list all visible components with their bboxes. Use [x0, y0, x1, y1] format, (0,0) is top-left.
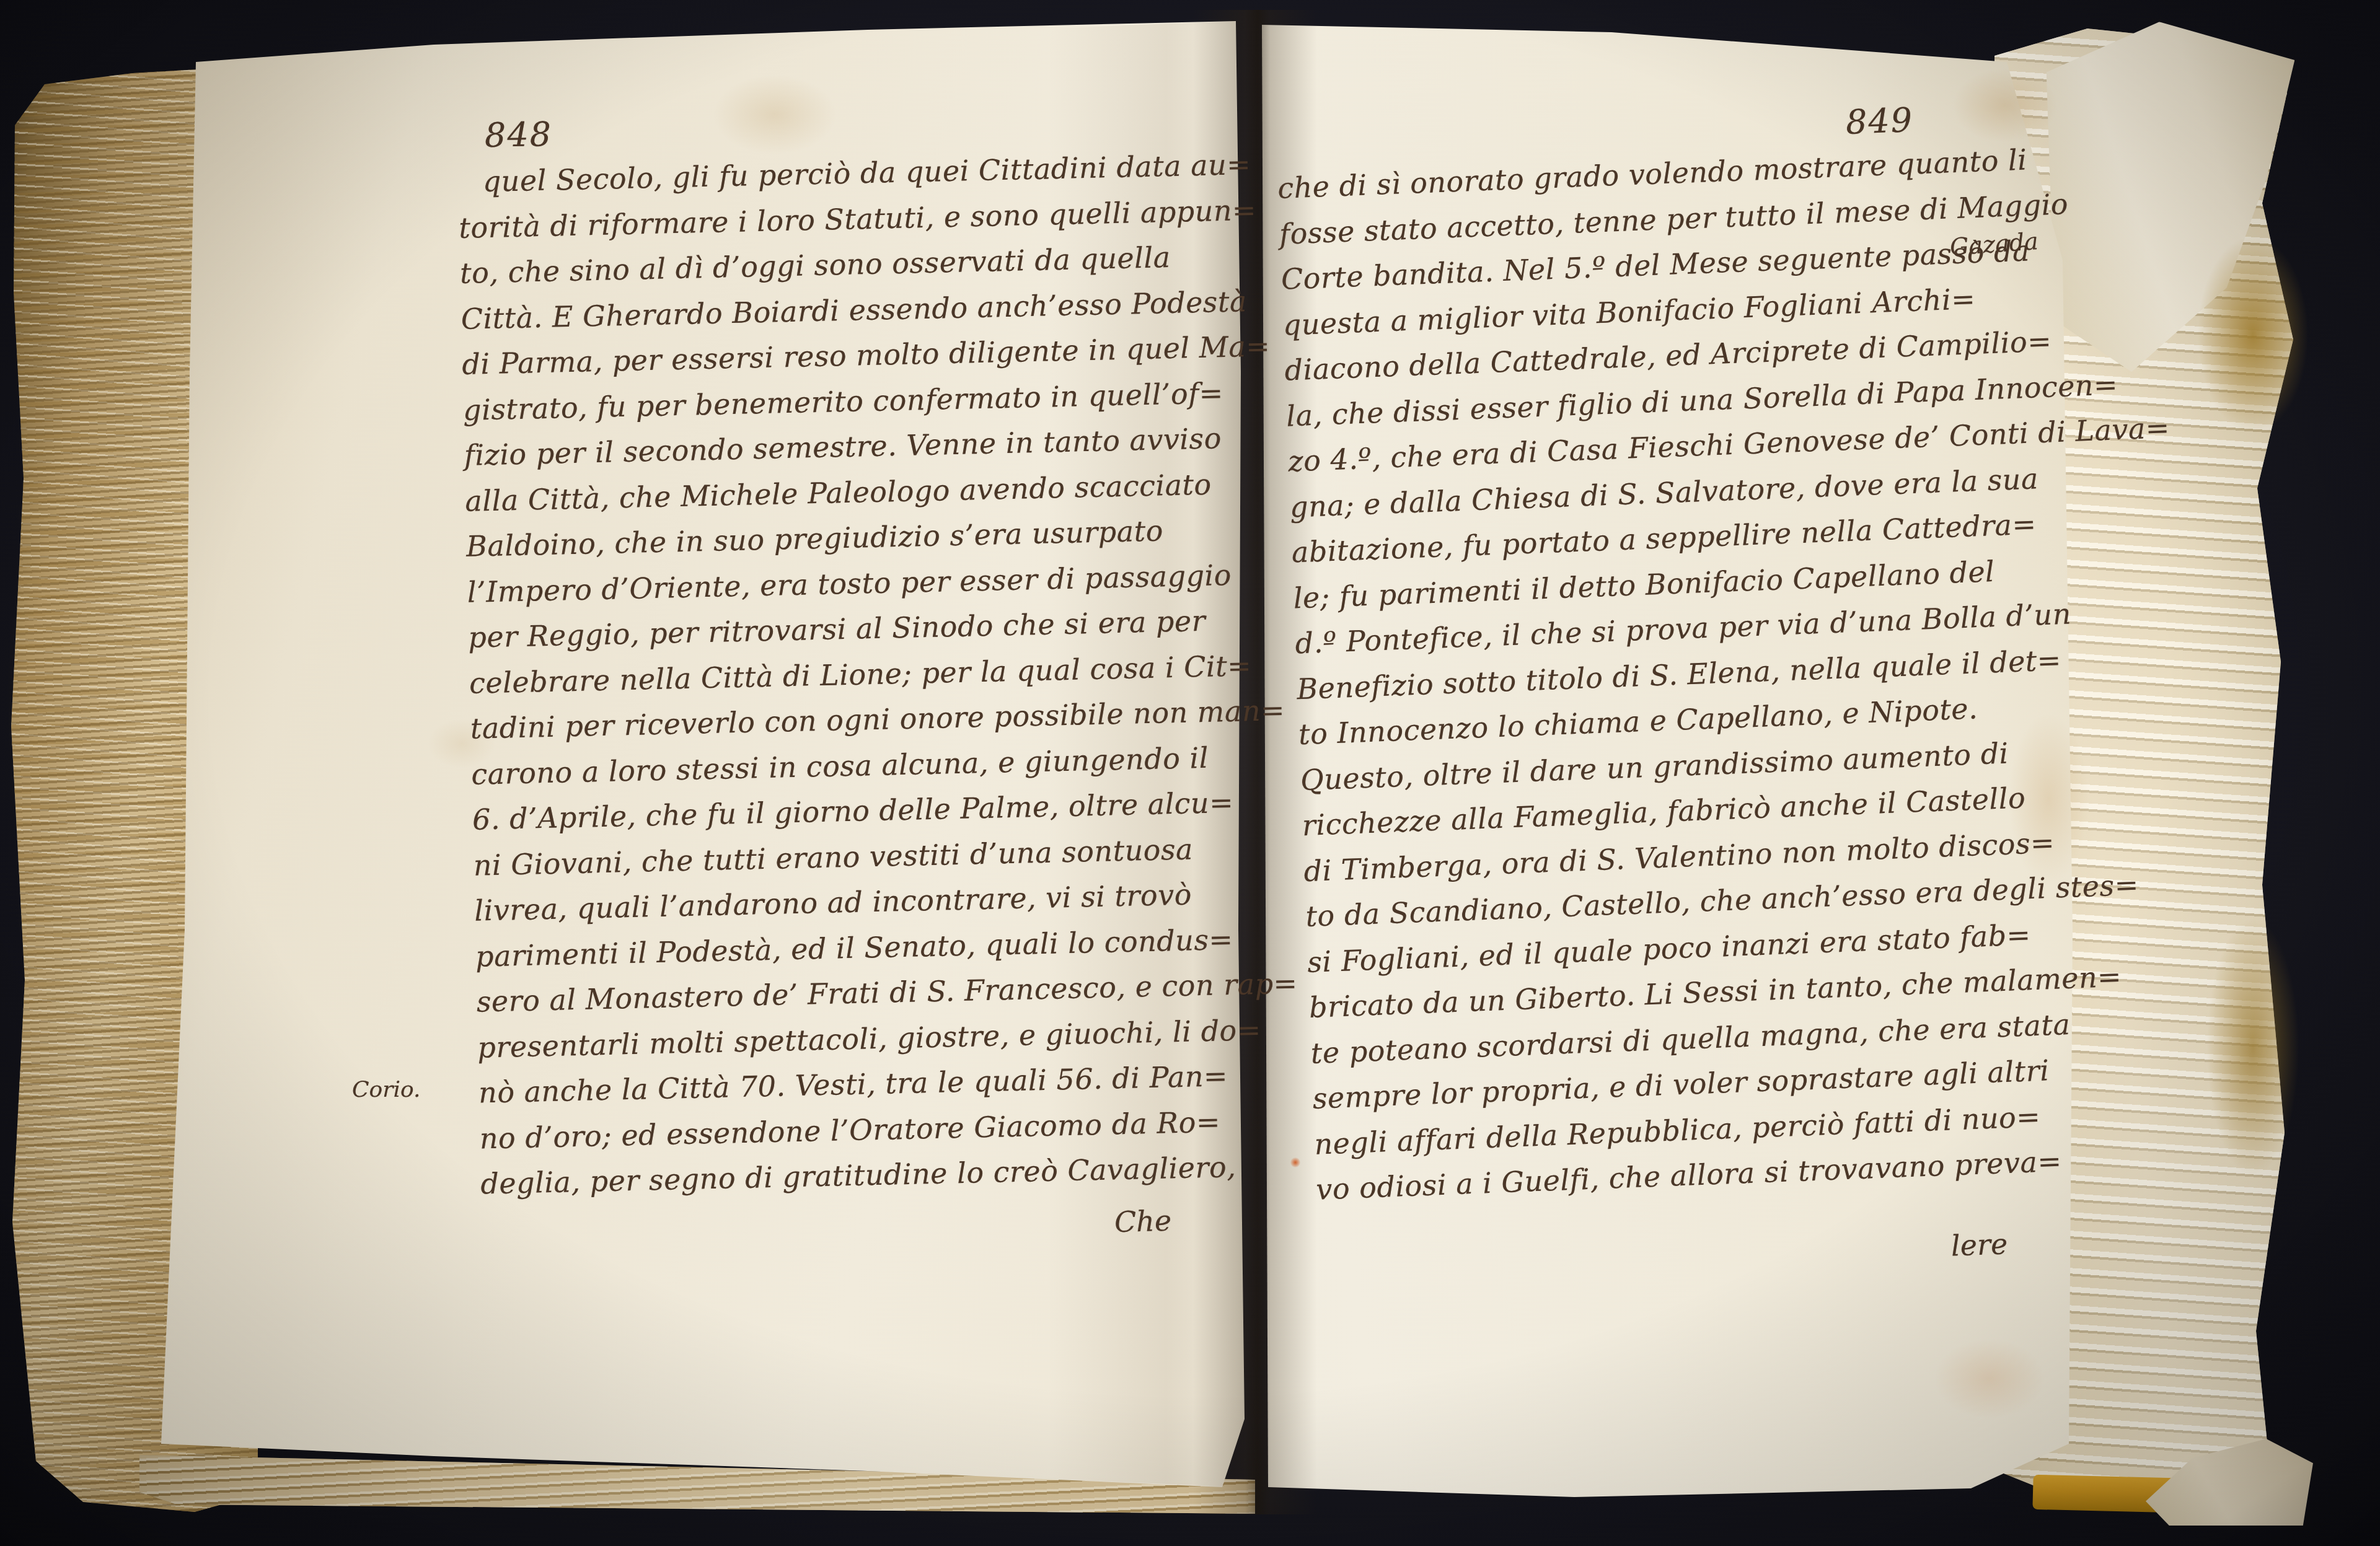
gold-edge-patch [2197, 235, 2309, 434]
left-margin-note: Corio. [352, 1077, 420, 1102]
left-catchword: Che [1114, 1204, 1171, 1239]
gold-edge-patch [2206, 917, 2299, 1177]
right-page-number: 849 [1845, 100, 1914, 142]
right-catchword: lere [1950, 1227, 2008, 1262]
right-page-text: che di sì onorato grado volendo mostrare… [1277, 132, 2198, 1213]
book-photo: 848 849 Corio. Gazada quel Secolo, gli f… [0, 0, 2380, 1546]
left-page-text: quel Secolo, gli fu perciò da quei Citta… [457, 141, 1302, 1207]
left-page-number: 848 [484, 115, 552, 155]
